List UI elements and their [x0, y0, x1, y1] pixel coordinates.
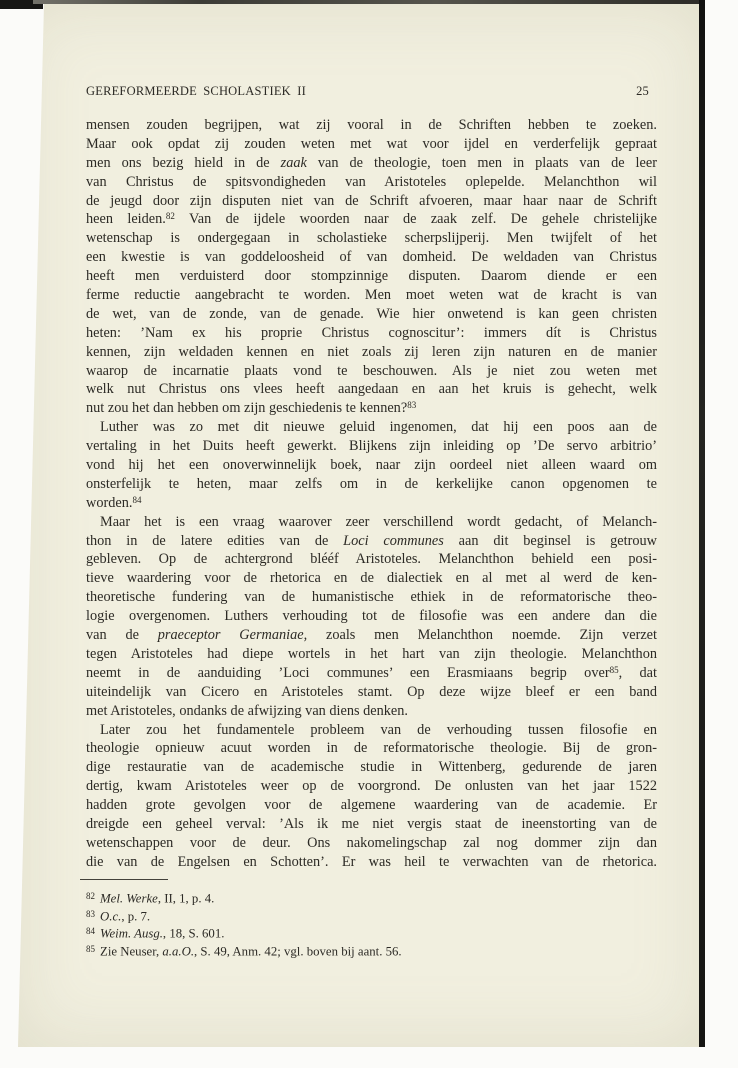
text-line: een kwestie is van goddeloosheid of van … [86, 248, 657, 267]
text-line: uiteindelijk van Cicero en Aristoteles s… [86, 683, 657, 702]
text-segment: worden. [86, 495, 132, 511]
text-segment: wetenschappen voor de deur. Ons nakomeli… [86, 835, 657, 851]
text-segment: kennen, zijn weldaden kennen en niet zoa… [86, 344, 657, 360]
footnote-ref: 82 [166, 211, 175, 221]
text-line: gebleven. Op de achtergrond blééf Aristo… [86, 550, 657, 569]
text-line: tegen Aristoteles had diepe wortels in h… [86, 645, 657, 664]
text-line: onsterfelijk te heten, maar zelfs om in … [86, 475, 657, 494]
text-line: die van de Engelsen en Schotten’. Er was… [86, 853, 657, 872]
text-segment: , II, 1, p. 4. [158, 891, 215, 905]
text-line: tieve waardering voor de rhetorica en de… [86, 569, 657, 588]
text-segment: thon in de latere edities van de [86, 533, 343, 549]
text-line: hadden grote gevolgen voor de algemene w… [86, 796, 657, 815]
text-line: wetenschap is ondergegaan in scholastiek… [86, 229, 657, 248]
footnote-marker: 85 [86, 944, 95, 954]
text-segment: de wet, van de zonde, van de genade. Wie… [86, 306, 657, 322]
text-segment: , dat [619, 665, 657, 681]
text-line: heen leiden.82 Van de ijdele woorden naa… [86, 210, 657, 229]
text-segment: a.a.O. [162, 945, 194, 959]
footnote-marker: 83 [86, 909, 95, 919]
text-segment: , S. 49, Anm. 42; vgl. boven bij aant. 5… [194, 945, 402, 959]
text-line: Luther was zo met dit nieuwe geluid inge… [86, 418, 657, 437]
scanned-page: GEREFORMEERDE SCHOLASTIEK II 25 mensen z… [18, 4, 705, 1047]
text-segment: gebleven. Op de achtergrond blééf Aristo… [86, 551, 657, 567]
scan-artifact-top-edge [33, 0, 705, 4]
text-line: dreigde een geheel verval: ’Als ik me ni… [86, 815, 657, 834]
text-segment: Loci communes [343, 533, 444, 549]
text-line: wetenschappen voor de deur. Ons nakomeli… [86, 834, 657, 853]
text-segment: theologie opnieuw acuut worden in de ref… [86, 740, 657, 756]
text-segment: onsterfelijk te heten, maar zelfs om in … [86, 476, 657, 492]
text-segment: heten: ’Nam ex his proprie Christus cogn… [86, 325, 657, 341]
text-segment: aan dit beginsel is getrouw [444, 533, 657, 549]
page-number: 25 [636, 84, 649, 99]
text-segment: tegen Aristoteles had diepe wortels in h… [86, 646, 657, 662]
page-header: GEREFORMEERDE SCHOLASTIEK II 25 [86, 84, 657, 99]
text-segment: heeft men verduisterd door stompzinnige … [86, 268, 657, 284]
text-segment: een kwestie is van goddeloosheid of van … [86, 249, 657, 265]
text-line: worden.84 [86, 494, 657, 513]
running-header: GEREFORMEERDE SCHOLASTIEK II [86, 84, 306, 99]
footnotes: 82Mel. Werke, II, 1, p. 4.83O.c., p. 7.8… [86, 889, 657, 961]
text-segment: dertig, kwam Aristoteles weer op de voor… [86, 778, 657, 794]
text-segment: met Aristoteles, ondanks de afwijzing va… [86, 703, 408, 719]
text-line: vond hij het een onoverwinnelijk boek, n… [86, 456, 657, 475]
text-segment: O.c. [100, 909, 121, 923]
text-line: neemt in de aanduiding ’Loci communes’ e… [86, 664, 657, 683]
text-line: men ons bezig hield in de zaak van de th… [86, 154, 657, 173]
text-line: Maar ook opdat zij zouden weten met wat … [86, 135, 657, 154]
text-segment: de jeugd door zijn disputen niet van de … [86, 193, 657, 209]
text-segment: dige restauratie van de academische stud… [86, 759, 657, 775]
text-line: mensen zouden begrijpen, wat zij vooral … [86, 116, 657, 135]
text-segment: uiteindelijk van Cicero en Aristoteles s… [86, 684, 657, 700]
footnote-ref: 85 [610, 665, 619, 675]
text-segment: , p. 7. [121, 909, 150, 923]
text-line: met Aristoteles, ondanks de afwijzing va… [86, 702, 657, 721]
text-segment: dreigde een geheel verval: ’Als ik me ni… [86, 816, 657, 832]
paragraph: Later zou het fundamentele probleem van … [86, 721, 657, 872]
body-text: mensen zouden begrijpen, wat zij vooral … [86, 116, 657, 872]
footnote-marker: 84 [86, 926, 95, 936]
text-line: welk nut Christus ons vlees heeft aanged… [86, 380, 657, 399]
text-segment: Maar ook opdat zij zouden weten met wat … [86, 136, 657, 152]
text-line: ferme reductie aangebracht te worden. Me… [86, 286, 657, 305]
text-segment: zoals men Melanchthon noemde. Zijn verze… [307, 627, 657, 643]
text-line: van Christus de spitsvondigheden van Ari… [86, 173, 657, 192]
paragraph: Maar het is een vraag waarover zeer vers… [86, 513, 657, 721]
text-segment: Van de ijdele woorden naar de zaak zelf.… [175, 211, 657, 227]
text-segment: heen leiden. [86, 211, 166, 227]
text-segment: zaak [281, 155, 307, 171]
scan-artifact-right-edge [699, 0, 705, 1047]
text-segment: vertaling in het Duits heeft gewerkt. Bl… [86, 438, 657, 454]
text-segment: Mel. Werke [100, 891, 158, 905]
text-segment: theoretische fundering van de humanistis… [86, 589, 657, 605]
text-segment: , 18, S. 601. [163, 927, 225, 941]
text-line: waarop de incarnatie plaats vond te besc… [86, 362, 657, 381]
text-line: theologie opnieuw acuut worden in de ref… [86, 739, 657, 758]
text-segment: men ons bezig hield in de [86, 155, 281, 171]
text-segment: ferme reductie aangebracht te worden. Me… [86, 287, 657, 303]
text-line: heeft men verduisterd door stompzinnige … [86, 267, 657, 286]
text-segment: Luther was zo met dit nieuwe geluid inge… [100, 419, 657, 435]
screenshot-canvas: { "colors": { "paper": "#f1efdf", "ink":… [0, 0, 738, 1068]
text-line: dige restauratie van de academische stud… [86, 758, 657, 777]
text-segment: Weim. Ausg. [100, 927, 163, 941]
text-segment: welk nut Christus ons vlees heeft aanged… [86, 381, 657, 397]
text-segment: mensen zouden begrijpen, wat zij vooral … [86, 117, 657, 133]
text-line: kennen, zijn weldaden kennen en niet zoa… [86, 343, 657, 362]
footnote-ref: 83 [407, 400, 416, 410]
paragraph: mensen zouden begrijpen, wat zij vooral … [86, 116, 657, 418]
text-line: van de praeceptor Germaniae, zoals men M… [86, 626, 657, 645]
text-segment: logie overgenomen. Luthers verhouding to… [86, 608, 657, 624]
footnote-rule [80, 879, 168, 880]
text-segment: van Christus de spitsvondigheden van Ari… [86, 174, 657, 190]
text-segment: van de [86, 627, 158, 643]
footnote-item: 83O.c., p. 7. [86, 907, 657, 925]
footnote-item: 85Zie Neuser, a.a.O., S. 49, Anm. 42; vg… [86, 942, 657, 960]
text-segment: van de theologie, toen men in plaats van… [307, 155, 657, 171]
text-line: Maar het is een vraag waarover zeer vers… [86, 513, 657, 532]
footnote-item: 84Weim. Ausg., 18, S. 601. [86, 924, 657, 942]
footnote-marker: 82 [86, 891, 95, 901]
text-segment: nut zou het dan hebben om zijn geschiede… [86, 400, 407, 416]
text-segment: neemt in de aanduiding ’Loci communes’ e… [86, 665, 610, 681]
page-content: GEREFORMEERDE SCHOLASTIEK II 25 mensen z… [86, 4, 657, 960]
text-segment: Later zou het fundamentele probleem van … [100, 722, 657, 738]
text-line: nut zou het dan hebben om zijn geschiede… [86, 399, 657, 418]
text-segment: Zie Neuser, [100, 945, 162, 959]
text-segment: wetenschap is ondergegaan in scholastiek… [86, 230, 657, 246]
footnote-item: 82Mel. Werke, II, 1, p. 4. [86, 889, 657, 907]
text-segment: die van de Engelsen en Schotten’. Er was… [86, 854, 657, 870]
text-line: logie overgenomen. Luthers verhouding to… [86, 607, 657, 626]
text-segment: Maar het is een vraag waarover zeer vers… [100, 514, 657, 530]
footnote-ref: 84 [132, 495, 141, 505]
text-line: thon in de latere edities van de Loci co… [86, 532, 657, 551]
text-segment: tieve waardering voor de rhetorica en de… [86, 570, 657, 586]
text-segment: praeceptor Germaniae, [158, 627, 307, 643]
text-line: vertaling in het Duits heeft gewerkt. Bl… [86, 437, 657, 456]
text-line: de wet, van de zonde, van de genade. Wie… [86, 305, 657, 324]
text-line: Later zou het fundamentele probleem van … [86, 721, 657, 740]
text-segment: waarop de incarnatie plaats vond te besc… [86, 363, 657, 379]
text-line: theoretische fundering van de humanistis… [86, 588, 657, 607]
text-segment: vond hij het een onoverwinnelijk boek, n… [86, 457, 657, 473]
text-segment: hadden grote gevolgen voor de algemene w… [86, 797, 657, 813]
text-line: de jeugd door zijn disputen niet van de … [86, 192, 657, 211]
text-line: heten: ’Nam ex his proprie Christus cogn… [86, 324, 657, 343]
text-line: dertig, kwam Aristoteles weer op de voor… [86, 777, 657, 796]
paragraph: Luther was zo met dit nieuwe geluid inge… [86, 418, 657, 512]
